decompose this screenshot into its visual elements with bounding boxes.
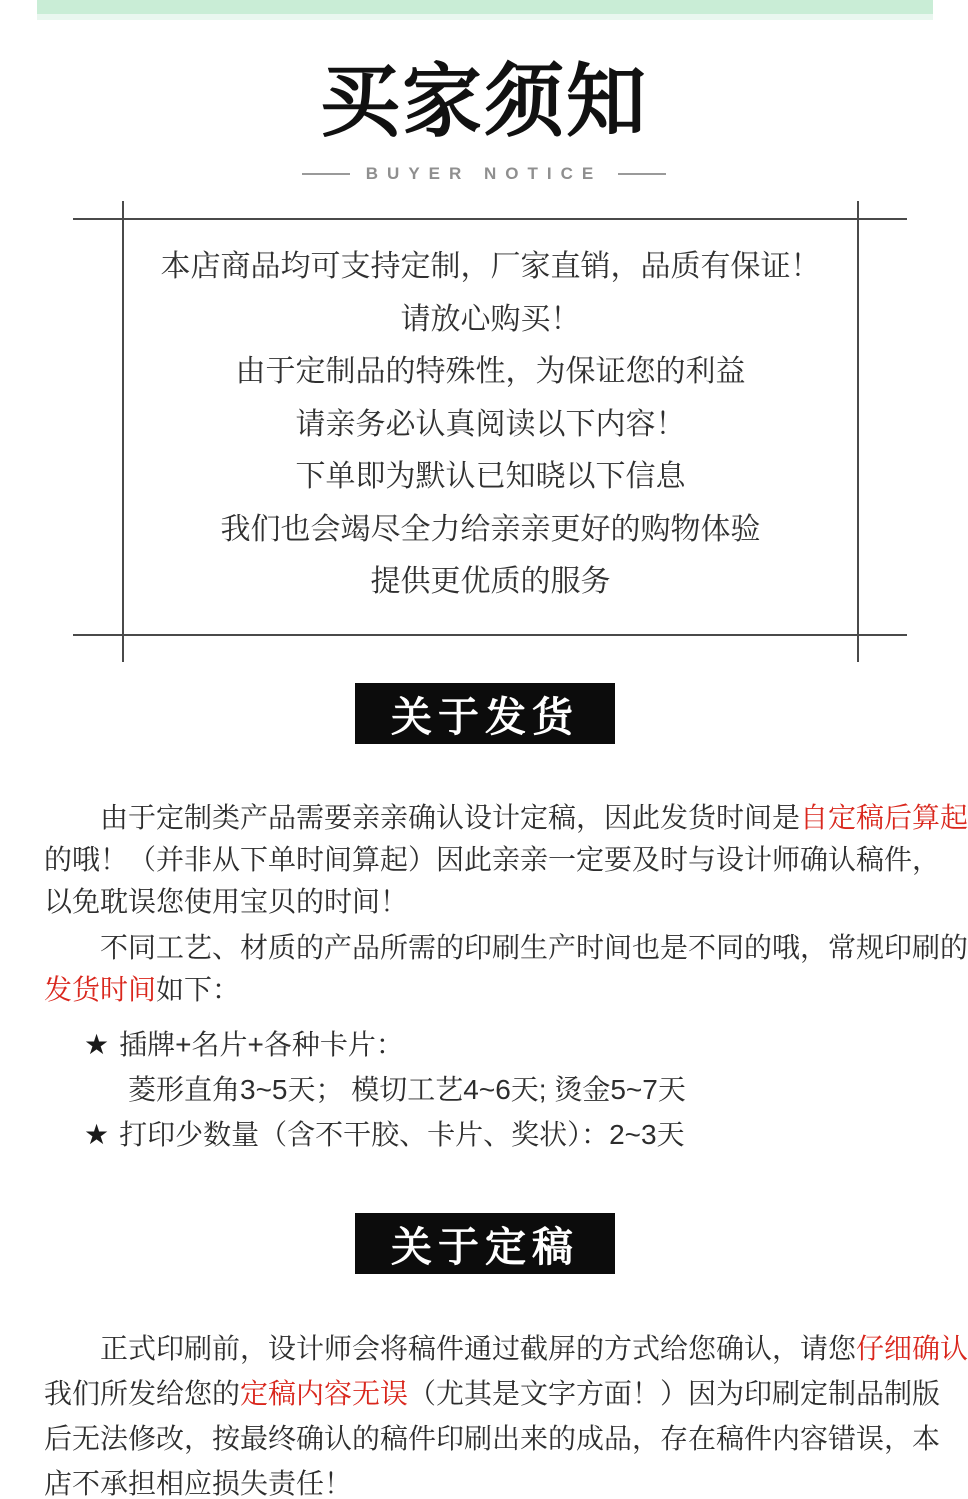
notice-frame-bottom-line bbox=[73, 634, 907, 636]
shipping-para2-line2: 发货时间如下： bbox=[44, 969, 944, 1011]
shipping-bullet-1: ★插牌+名片+各种卡片： bbox=[44, 1022, 944, 1067]
shipping-para1-line2: 的哦！（并非从下单时间算起）因此亲亲一定要及时与设计师确认稿件， bbox=[44, 839, 944, 881]
notice-line: 由于定制品的特殊性，为保证您的利益 bbox=[124, 346, 857, 399]
notice-frame-right-line bbox=[857, 201, 859, 662]
finalizing-line1-text: 正式印刷前，设计师会将稿件通过截屏的方式给您确认，请您 bbox=[100, 1333, 856, 1364]
star-icon: ★ bbox=[84, 1119, 109, 1150]
shipping-para1-line1-text: 由于定制类产品需要亲亲确认设计定稿，因此发货时间是 bbox=[100, 802, 800, 833]
top-accent-bar bbox=[37, 0, 933, 14]
finalizing-line2-highlight: 定稿内容无误 bbox=[240, 1378, 408, 1409]
page-header: 买家须知 bbox=[0, 58, 968, 146]
page-subtitle-row: BUYER NOTICE bbox=[0, 164, 968, 184]
shipping-section: 由于定制类产品需要亲亲确认设计定稿，因此发货时间是自定稿后算起 的哦！（并非从下… bbox=[44, 797, 944, 1157]
shipping-para2-line1: 不同工艺、材质的产品所需的印刷生产时间也是不同的哦，常规印刷的 bbox=[44, 927, 944, 969]
finalizing-line1: 正式印刷前，设计师会将稿件通过截屏的方式给您确认，请您仔细确认 bbox=[44, 1326, 944, 1371]
shipping-para1-line1: 由于定制类产品需要亲亲确认设计定稿，因此发货时间是自定稿后算起 bbox=[44, 797, 944, 839]
shipping-para1-line1-highlight: 自定稿后算起 bbox=[800, 802, 968, 833]
shipping-bullet-1-sub: 菱形直角3~5天； 模切工艺4~6天; 烫金5~7天 bbox=[44, 1067, 944, 1112]
finalizing-line4: 店不承担相应损失责任！ bbox=[44, 1461, 944, 1499]
top-accent-bar-fade bbox=[37, 14, 933, 20]
subtitle-right-dash bbox=[618, 173, 666, 175]
shipping-bullet-2-text: 打印少数量（含不干胶、卡片、奖状）：2~3天 bbox=[119, 1119, 685, 1150]
star-icon: ★ bbox=[84, 1029, 109, 1060]
notice-line: 请放心购买！ bbox=[124, 294, 857, 347]
notice-box: 本店商品均可支持定制，厂家直销，品质有保证！ 请放心购买！ 由于定制品的特殊性，… bbox=[124, 241, 857, 609]
section-badge-finalizing: 关于定稿 bbox=[355, 1213, 615, 1274]
shipping-para1-line3: 以免耽误您使用宝贝的时间！ bbox=[44, 881, 944, 923]
subtitle-left-dash bbox=[302, 173, 350, 175]
finalizing-line2-text-a: 我们所发给您的 bbox=[44, 1378, 240, 1409]
shipping-bullet-2: ★打印少数量（含不干胶、卡片、奖状）：2~3天 bbox=[44, 1112, 944, 1157]
page-subtitle: BUYER NOTICE bbox=[366, 164, 602, 184]
finalizing-line2-text-b: （尤其是文字方面！）因为印刷定制品制版 bbox=[408, 1378, 940, 1409]
finalizing-line2: 我们所发给您的定稿内容无误（尤其是文字方面！）因为印刷定制品制版 bbox=[44, 1371, 944, 1416]
notice-line: 提供更优质的服务 bbox=[124, 556, 857, 609]
notice-line: 我们也会竭尽全力给亲亲更好的购物体验 bbox=[124, 504, 857, 557]
page-title: 买家须知 bbox=[0, 58, 968, 146]
notice-line: 本店商品均可支持定制，厂家直销，品质有保证！ bbox=[124, 241, 857, 294]
notice-line: 请亲务必认真阅读以下内容！ bbox=[124, 399, 857, 452]
notice-frame-top-line bbox=[73, 218, 907, 220]
shipping-para2-line2-highlight: 发货时间 bbox=[44, 974, 156, 1005]
shipping-bullet-1-text: 插牌+名片+各种卡片： bbox=[119, 1029, 404, 1060]
section-badge-shipping: 关于发货 bbox=[355, 683, 615, 744]
finalizing-section: 正式印刷前，设计师会将稿件通过截屏的方式给您确认，请您仔细确认 我们所发给您的定… bbox=[44, 1326, 944, 1499]
finalizing-line3: 后无法修改，按最终确认的稿件印刷出来的成品，存在稿件内容错误，本 bbox=[44, 1416, 944, 1461]
finalizing-line1-highlight: 仔细确认 bbox=[856, 1333, 968, 1364]
notice-line: 下单即为默认已知晓以下信息 bbox=[124, 451, 857, 504]
shipping-para2-line2-text: 如下： bbox=[156, 974, 240, 1005]
